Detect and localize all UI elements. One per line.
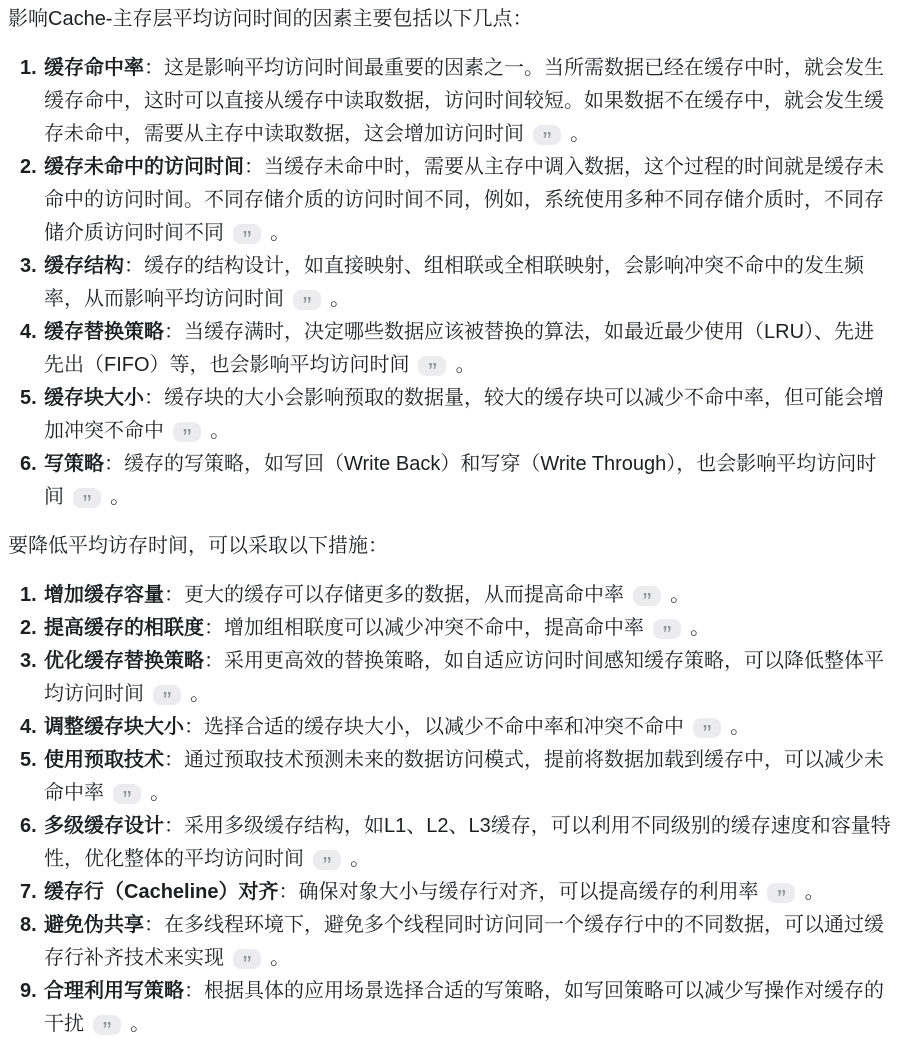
item-number: 2.	[20, 151, 37, 184]
quote-citation-icon: ”	[303, 296, 311, 310]
item-text: 增加组相联度可以减少冲突不命中，提高命中率	[224, 617, 644, 639]
item-term: 写策略	[44, 453, 104, 475]
citation-badge[interactable]: ”	[293, 290, 321, 310]
list-item: 2.缓存未命中的访问时间：当缓存未命中时，需要从主存中调入数据，这个过程的时间就…	[8, 151, 893, 250]
item-term: 缓存替换策略	[44, 321, 164, 343]
item-separator: ：	[204, 617, 224, 639]
item-term: 避免伪共享	[44, 914, 144, 936]
quote-citation-icon: ”	[163, 691, 171, 705]
item-separator: ：	[164, 749, 184, 771]
paragraph-intro-measures: 要降低平均访存时间，可以采取以下措施：	[8, 530, 893, 563]
citation-badge[interactable]: ”	[633, 586, 661, 606]
item-separator: ：	[164, 321, 184, 343]
item-text: 缓存的结构设计，如直接映射、组相联或全相联映射，会影响冲突不命中的发生频率，从而…	[44, 255, 864, 310]
measures-list: 1.增加缓存容量：更大的缓存可以存储更多的数据，从而提高命中率 ” 。2.提高缓…	[8, 579, 893, 1041]
item-period: 。	[330, 288, 350, 310]
quote-citation-icon: ”	[83, 494, 91, 508]
citation-badge[interactable]: ”	[173, 422, 201, 442]
item-text: 这是影响平均访问时间最重要的因素之一。当所需数据已经在缓存中时，就会发生缓存命中…	[44, 57, 884, 145]
quote-citation-icon: ”	[243, 955, 251, 969]
citation-badge[interactable]: ”	[233, 949, 261, 969]
item-number: 5.	[20, 744, 37, 777]
citation-badge[interactable]: ”	[73, 488, 101, 508]
citation-badge[interactable]: ”	[533, 125, 561, 145]
item-separator: ：	[204, 650, 224, 672]
quote-citation-icon: ”	[103, 1021, 111, 1035]
item-period: 。	[270, 947, 290, 969]
item-term: 多级缓存设计	[44, 815, 164, 837]
item-text: 选择合适的缓存块大小，以减少不命中率和冲突不命中	[204, 716, 684, 738]
item-number: 5.	[20, 382, 37, 415]
item-term: 缓存行（Cacheline）对齐	[44, 881, 278, 903]
citation-badge[interactable]: ”	[153, 685, 181, 705]
item-separator: ：	[104, 453, 124, 475]
item-period: 。	[130, 1013, 150, 1035]
item-number: 2.	[20, 612, 37, 645]
item-term: 缓存结构	[44, 255, 124, 277]
quote-citation-icon: ”	[428, 362, 436, 376]
item-number: 8.	[20, 909, 37, 942]
item-period: 。	[690, 617, 710, 639]
list-item: 4.调整缓存块大小：选择合适的缓存块大小，以减少不命中率和冲突不命中 ” 。	[8, 711, 893, 744]
list-item: 2.提高缓存的相联度：增加组相联度可以减少冲突不命中，提高命中率 ” 。	[8, 612, 893, 645]
item-separator: ：	[164, 815, 184, 837]
item-number: 1.	[20, 52, 37, 85]
item-period: 。	[456, 354, 476, 376]
item-separator: ：	[144, 914, 164, 936]
item-period: 。	[270, 222, 290, 244]
citation-badge[interactable]: ”	[418, 356, 446, 376]
item-text: 确保对象大小与缓存行对齐，可以提高缓存的利用率	[298, 881, 758, 903]
item-number: 3.	[20, 250, 37, 283]
citation-badge[interactable]: ”	[693, 718, 721, 738]
quote-citation-icon: ”	[703, 724, 711, 738]
list-item: 3.缓存结构：缓存的结构设计，如直接映射、组相联或全相联映射，会影响冲突不命中的…	[8, 250, 893, 316]
item-period: 。	[190, 683, 210, 705]
item-separator: ：	[164, 584, 184, 606]
item-period: 。	[805, 881, 825, 903]
list-item: 1.缓存命中率：这是影响平均访问时间最重要的因素之一。当所需数据已经在缓存中时，…	[8, 52, 893, 151]
quote-citation-icon: ”	[643, 592, 651, 606]
chat-answer: 影响Cache-主存层平均访问时间的因素主要包括以下几点： 1.缓存命中率：这是…	[0, 0, 905, 1045]
item-separator: ：	[124, 255, 144, 277]
citation-badge[interactable]: ”	[653, 619, 681, 639]
list-item: 6.写策略：缓存的写策略，如写回（Write Back）和写穿（Write Th…	[8, 448, 893, 514]
item-term: 优化缓存替换策略	[44, 650, 204, 672]
item-period: 。	[110, 486, 130, 508]
list-item: 1.增加缓存容量：更大的缓存可以存储更多的数据，从而提高命中率 ” 。	[8, 579, 893, 612]
item-separator: ：	[144, 57, 164, 79]
item-period: 。	[350, 848, 370, 870]
list-item: 9.合理利用写策略：根据具体的应用场景选择合适的写策略，如写回策略可以减少写操作…	[8, 975, 893, 1041]
citation-badge[interactable]: ”	[767, 883, 795, 903]
paragraph-intro-factors: 影响Cache-主存层平均访问时间的因素主要包括以下几点：	[8, 3, 893, 36]
item-number: 4.	[20, 316, 37, 349]
item-separator: ：	[184, 716, 204, 738]
list-item: 4.缓存替换策略：当缓存满时，决定哪些数据应该被替换的算法，如最近最少使用（LR…	[8, 316, 893, 382]
item-text: 缓存的写策略，如写回（Write Back）和写穿（Write Through）…	[44, 453, 876, 508]
item-period: 。	[210, 420, 230, 442]
list-item: 5.使用预取技术：通过预取技术预测未来的数据访问模式，提前将数据加载到缓存中，可…	[8, 744, 893, 810]
item-term: 合理利用写策略	[44, 980, 184, 1002]
list-item: 3.优化缓存替换策略：采用更高效的替换策略，如自适应访问时间感知缓存策略，可以降…	[8, 645, 893, 711]
item-period: 。	[730, 716, 750, 738]
item-separator: ：	[184, 980, 204, 1002]
item-text: 更大的缓存可以存储更多的数据，从而提高命中率	[184, 584, 624, 606]
citation-badge[interactable]: ”	[113, 784, 141, 804]
item-number: 1.	[20, 579, 37, 612]
list-item: 6.多级缓存设计：采用多级缓存结构，如L1、L2、L3缓存，可以利用不同级别的缓…	[8, 810, 893, 876]
list-item: 7.缓存行（Cacheline）对齐：确保对象大小与缓存行对齐，可以提高缓存的利…	[8, 876, 893, 909]
quote-citation-icon: ”	[243, 230, 251, 244]
item-separator: ：	[278, 881, 298, 903]
item-number: 6.	[20, 448, 37, 481]
quote-citation-icon: ”	[777, 889, 785, 903]
quote-citation-icon: ”	[123, 790, 131, 804]
item-term: 提高缓存的相联度	[44, 617, 204, 639]
quote-citation-icon: ”	[323, 856, 331, 870]
item-number: 6.	[20, 810, 37, 843]
item-period: 。	[670, 584, 690, 606]
item-number: 4.	[20, 711, 37, 744]
quote-citation-icon: ”	[543, 131, 551, 145]
item-term: 增加缓存容量	[44, 584, 164, 606]
item-text: 缓存块的大小会影响预取的数据量，较大的缓存块可以减少不命中率，但可能会增加冲突不…	[44, 387, 884, 442]
citation-badge[interactable]: ”	[93, 1015, 121, 1035]
item-term: 使用预取技术	[44, 749, 164, 771]
list-item: 8.避免伪共享：在多线程环境下，避免多个线程同时访问同一个缓存行中的不同数据，可…	[8, 909, 893, 975]
item-text: 在多线程环境下，避免多个线程同时访问同一个缓存行中的不同数据，可以通过缓存行补齐…	[44, 914, 884, 969]
item-term: 缓存命中率	[44, 57, 144, 79]
item-separator: ：	[144, 387, 164, 409]
quote-citation-icon: ”	[183, 428, 191, 442]
factors-list: 1.缓存命中率：这是影响平均访问时间最重要的因素之一。当所需数据已经在缓存中时，…	[8, 52, 893, 514]
item-term: 缓存块大小	[44, 387, 144, 409]
item-period: 。	[570, 123, 590, 145]
item-period: 。	[150, 782, 170, 804]
list-item: 5.缓存块大小：缓存块的大小会影响预取的数据量，较大的缓存块可以减少不命中率，但…	[8, 382, 893, 448]
item-term: 缓存未命中的访问时间	[44, 156, 244, 178]
citation-badge[interactable]: ”	[233, 224, 261, 244]
item-number: 3.	[20, 645, 37, 678]
item-separator: ：	[244, 156, 264, 178]
item-number: 9.	[20, 975, 37, 1008]
chat-answer-body: { "page": { "background": "#ffffff", "te…	[0, 0, 905, 1045]
item-number: 7.	[20, 876, 37, 909]
citation-badge[interactable]: ”	[313, 850, 341, 870]
quote-citation-icon: ”	[663, 625, 671, 639]
item-term: 调整缓存块大小	[44, 716, 184, 738]
